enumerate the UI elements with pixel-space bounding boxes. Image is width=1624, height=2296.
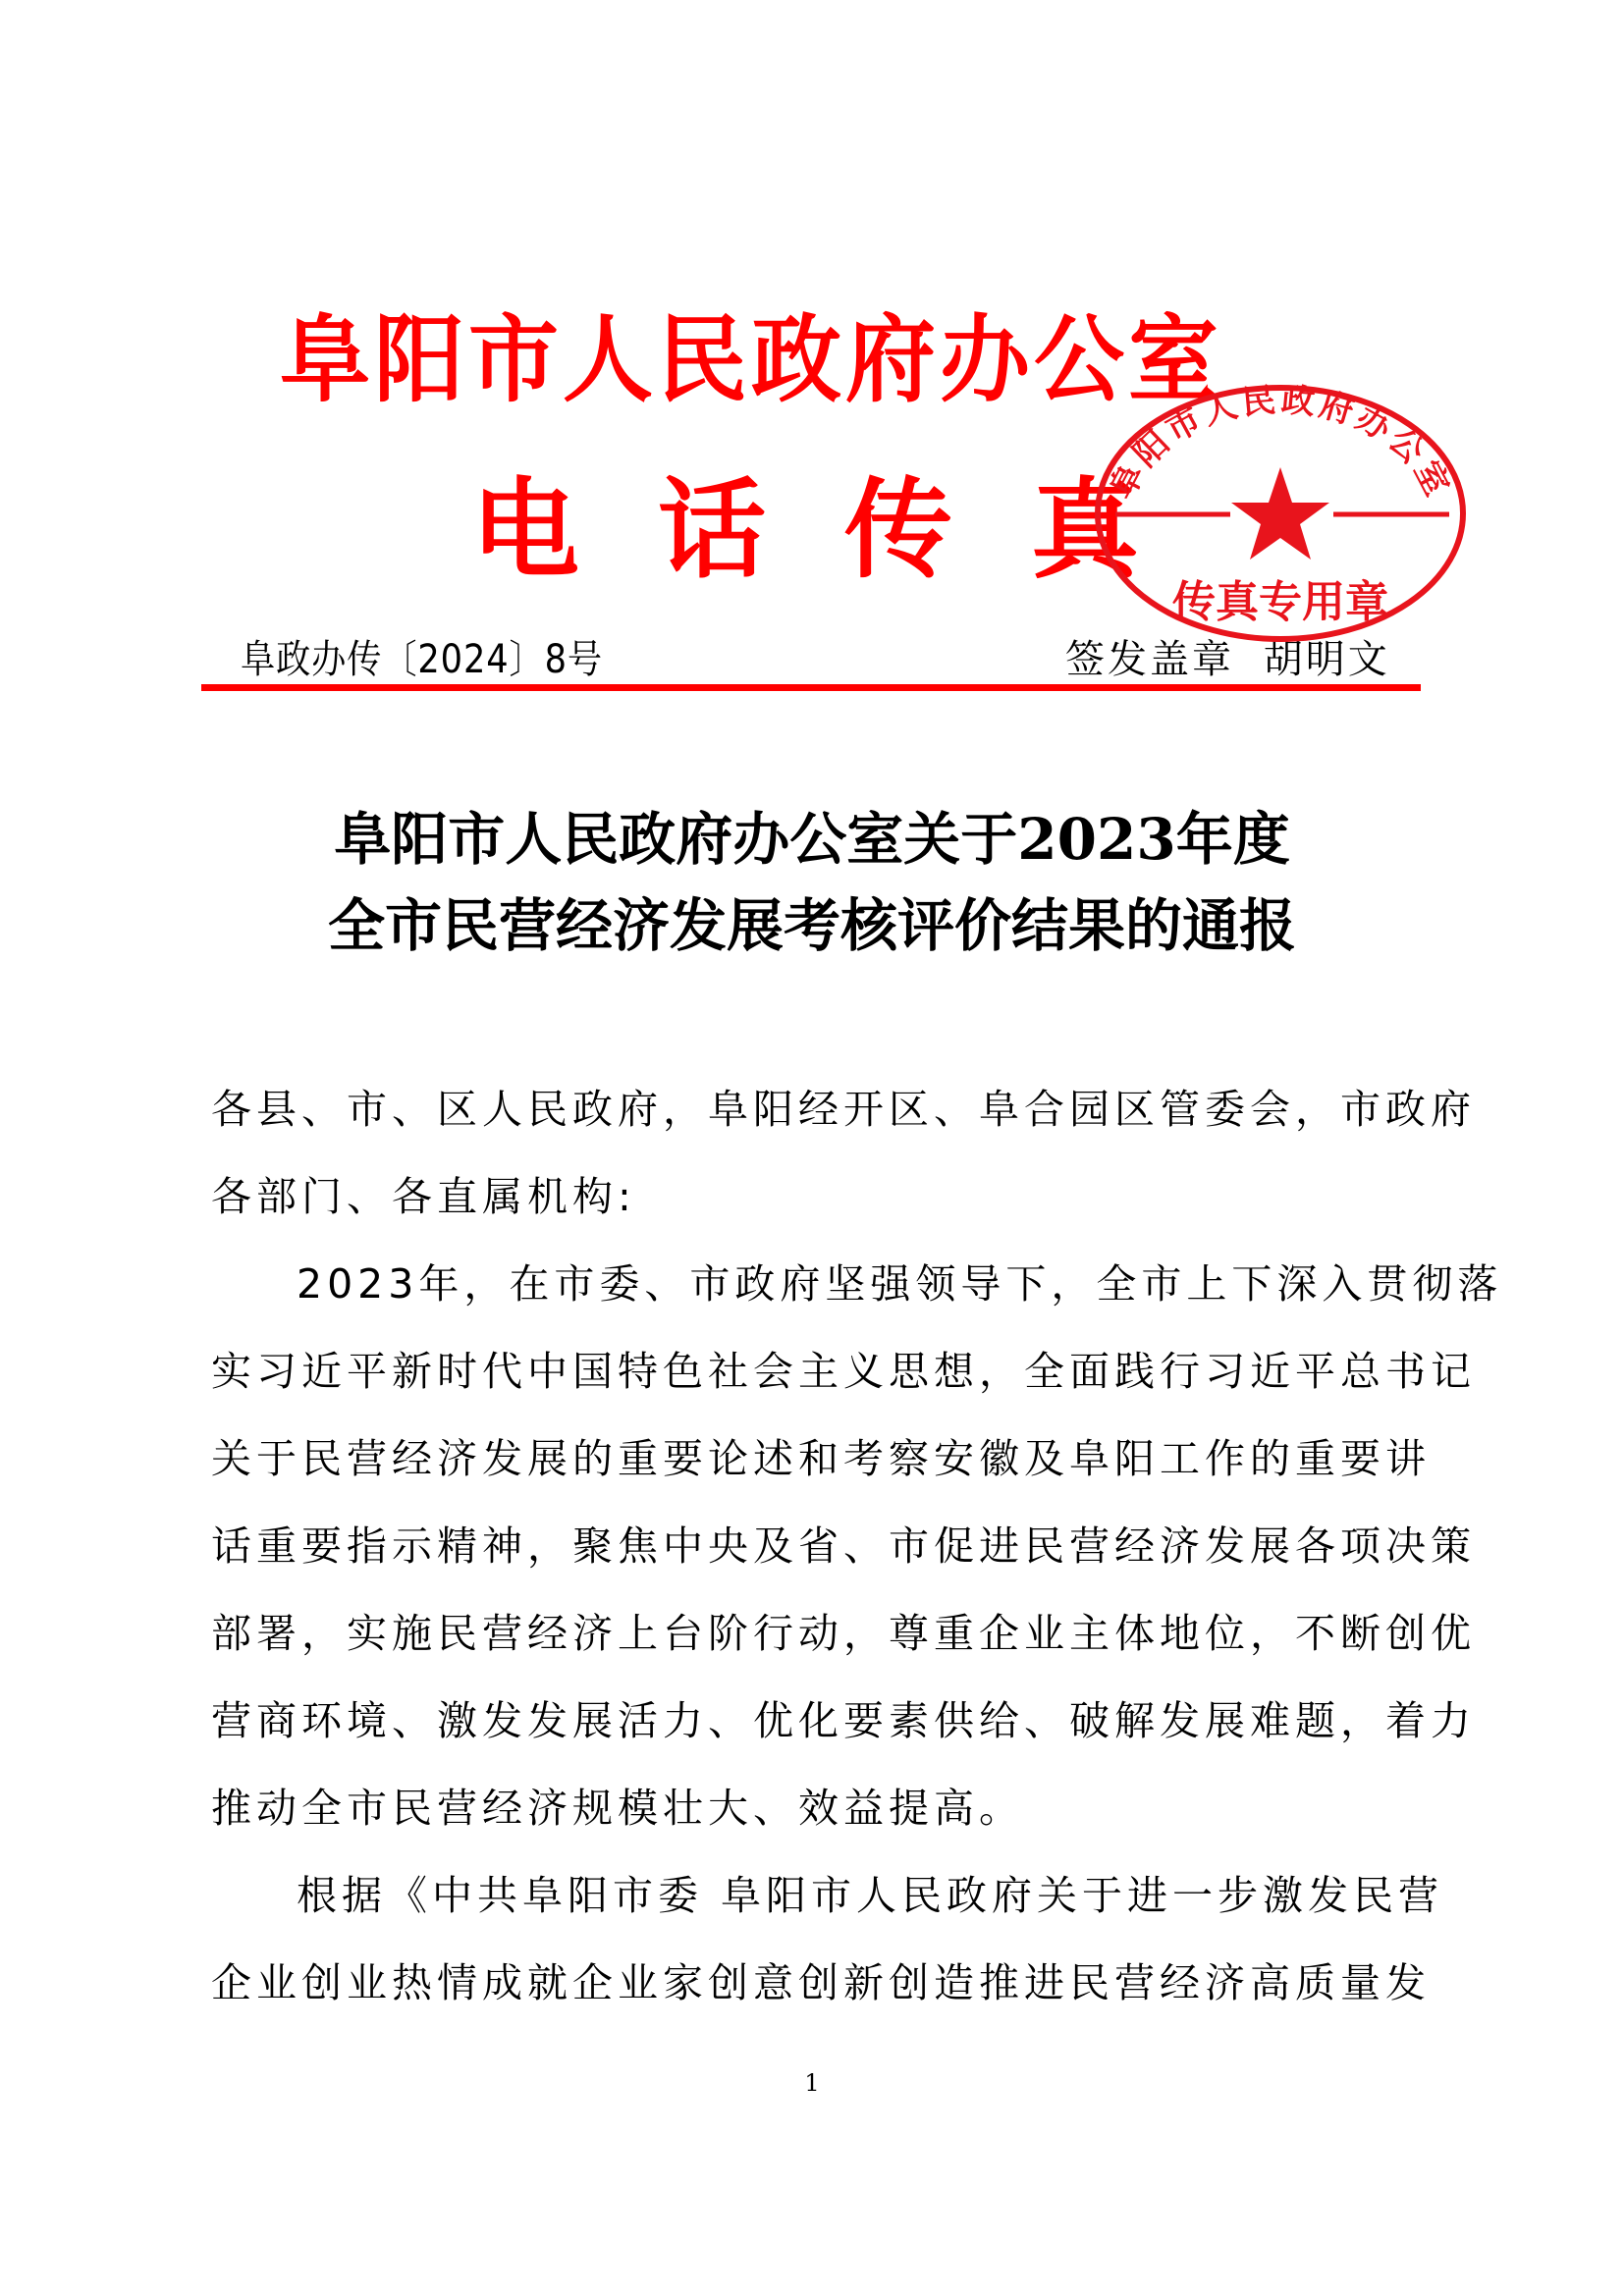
paragraph-line: 关于民营经济发展的重要论述和考察安徽及阜阳工作的重要讲 xyxy=(211,1426,1429,1484)
paragraph-line: 部署，实施民营经济上台阶行动，尊重企业主体地位，不断创优 xyxy=(211,1601,1429,1659)
paragraph-line: 2023年，在市委、市政府坚强领导下，全市上下深入贯彻落 xyxy=(297,1252,1514,1309)
seal-inner-text: 传真专用章 xyxy=(1172,577,1388,627)
addressee-line1: 各县、市、区人民政府，阜阳经开区、阜合园区管委会，市政府 xyxy=(211,1077,1429,1135)
fax-seal-stamp: 阜阳市人民政府办公室 传真专用章 xyxy=(1088,381,1471,646)
paragraph-line: 推动全市民营经济规模壮大、效益提高。 xyxy=(211,1776,1429,1834)
document-title-line1: 阜阳市人民政府办公室关于2023年度 xyxy=(0,793,1624,876)
paragraph-line: 营商环境、激发发展活力、优化要素供给、破解发展难题，着力 xyxy=(211,1688,1429,1746)
page-number: 1 xyxy=(0,2069,1624,2097)
paragraph-line: 企业创业热情成就企业家创意创新创造推进民营经济高质量发 xyxy=(211,1950,1429,2008)
document-title-line2: 全市民营经济发展考核评价结果的通报 xyxy=(0,880,1624,962)
paragraph-line: 根据《中共阜阳市委 阜阳市人民政府关于进一步激发民营 xyxy=(297,1863,1514,1921)
red-divider xyxy=(201,684,1421,691)
paragraph-line: 话重要指示精神，聚焦中央及省、市促进民营经济发展各项决策 xyxy=(211,1514,1429,1572)
letterhead-doc-type: 电话传真 xyxy=(471,444,1159,599)
document-number: 阜政办传〔2024〕8号 xyxy=(241,628,603,684)
paragraph-line: 实习近平新时代中国特色社会主义思想，全面践行习近平总书记 xyxy=(211,1339,1429,1397)
addressee-line2: 各部门、各直属机构: xyxy=(211,1164,1429,1222)
star-icon xyxy=(1231,467,1329,560)
